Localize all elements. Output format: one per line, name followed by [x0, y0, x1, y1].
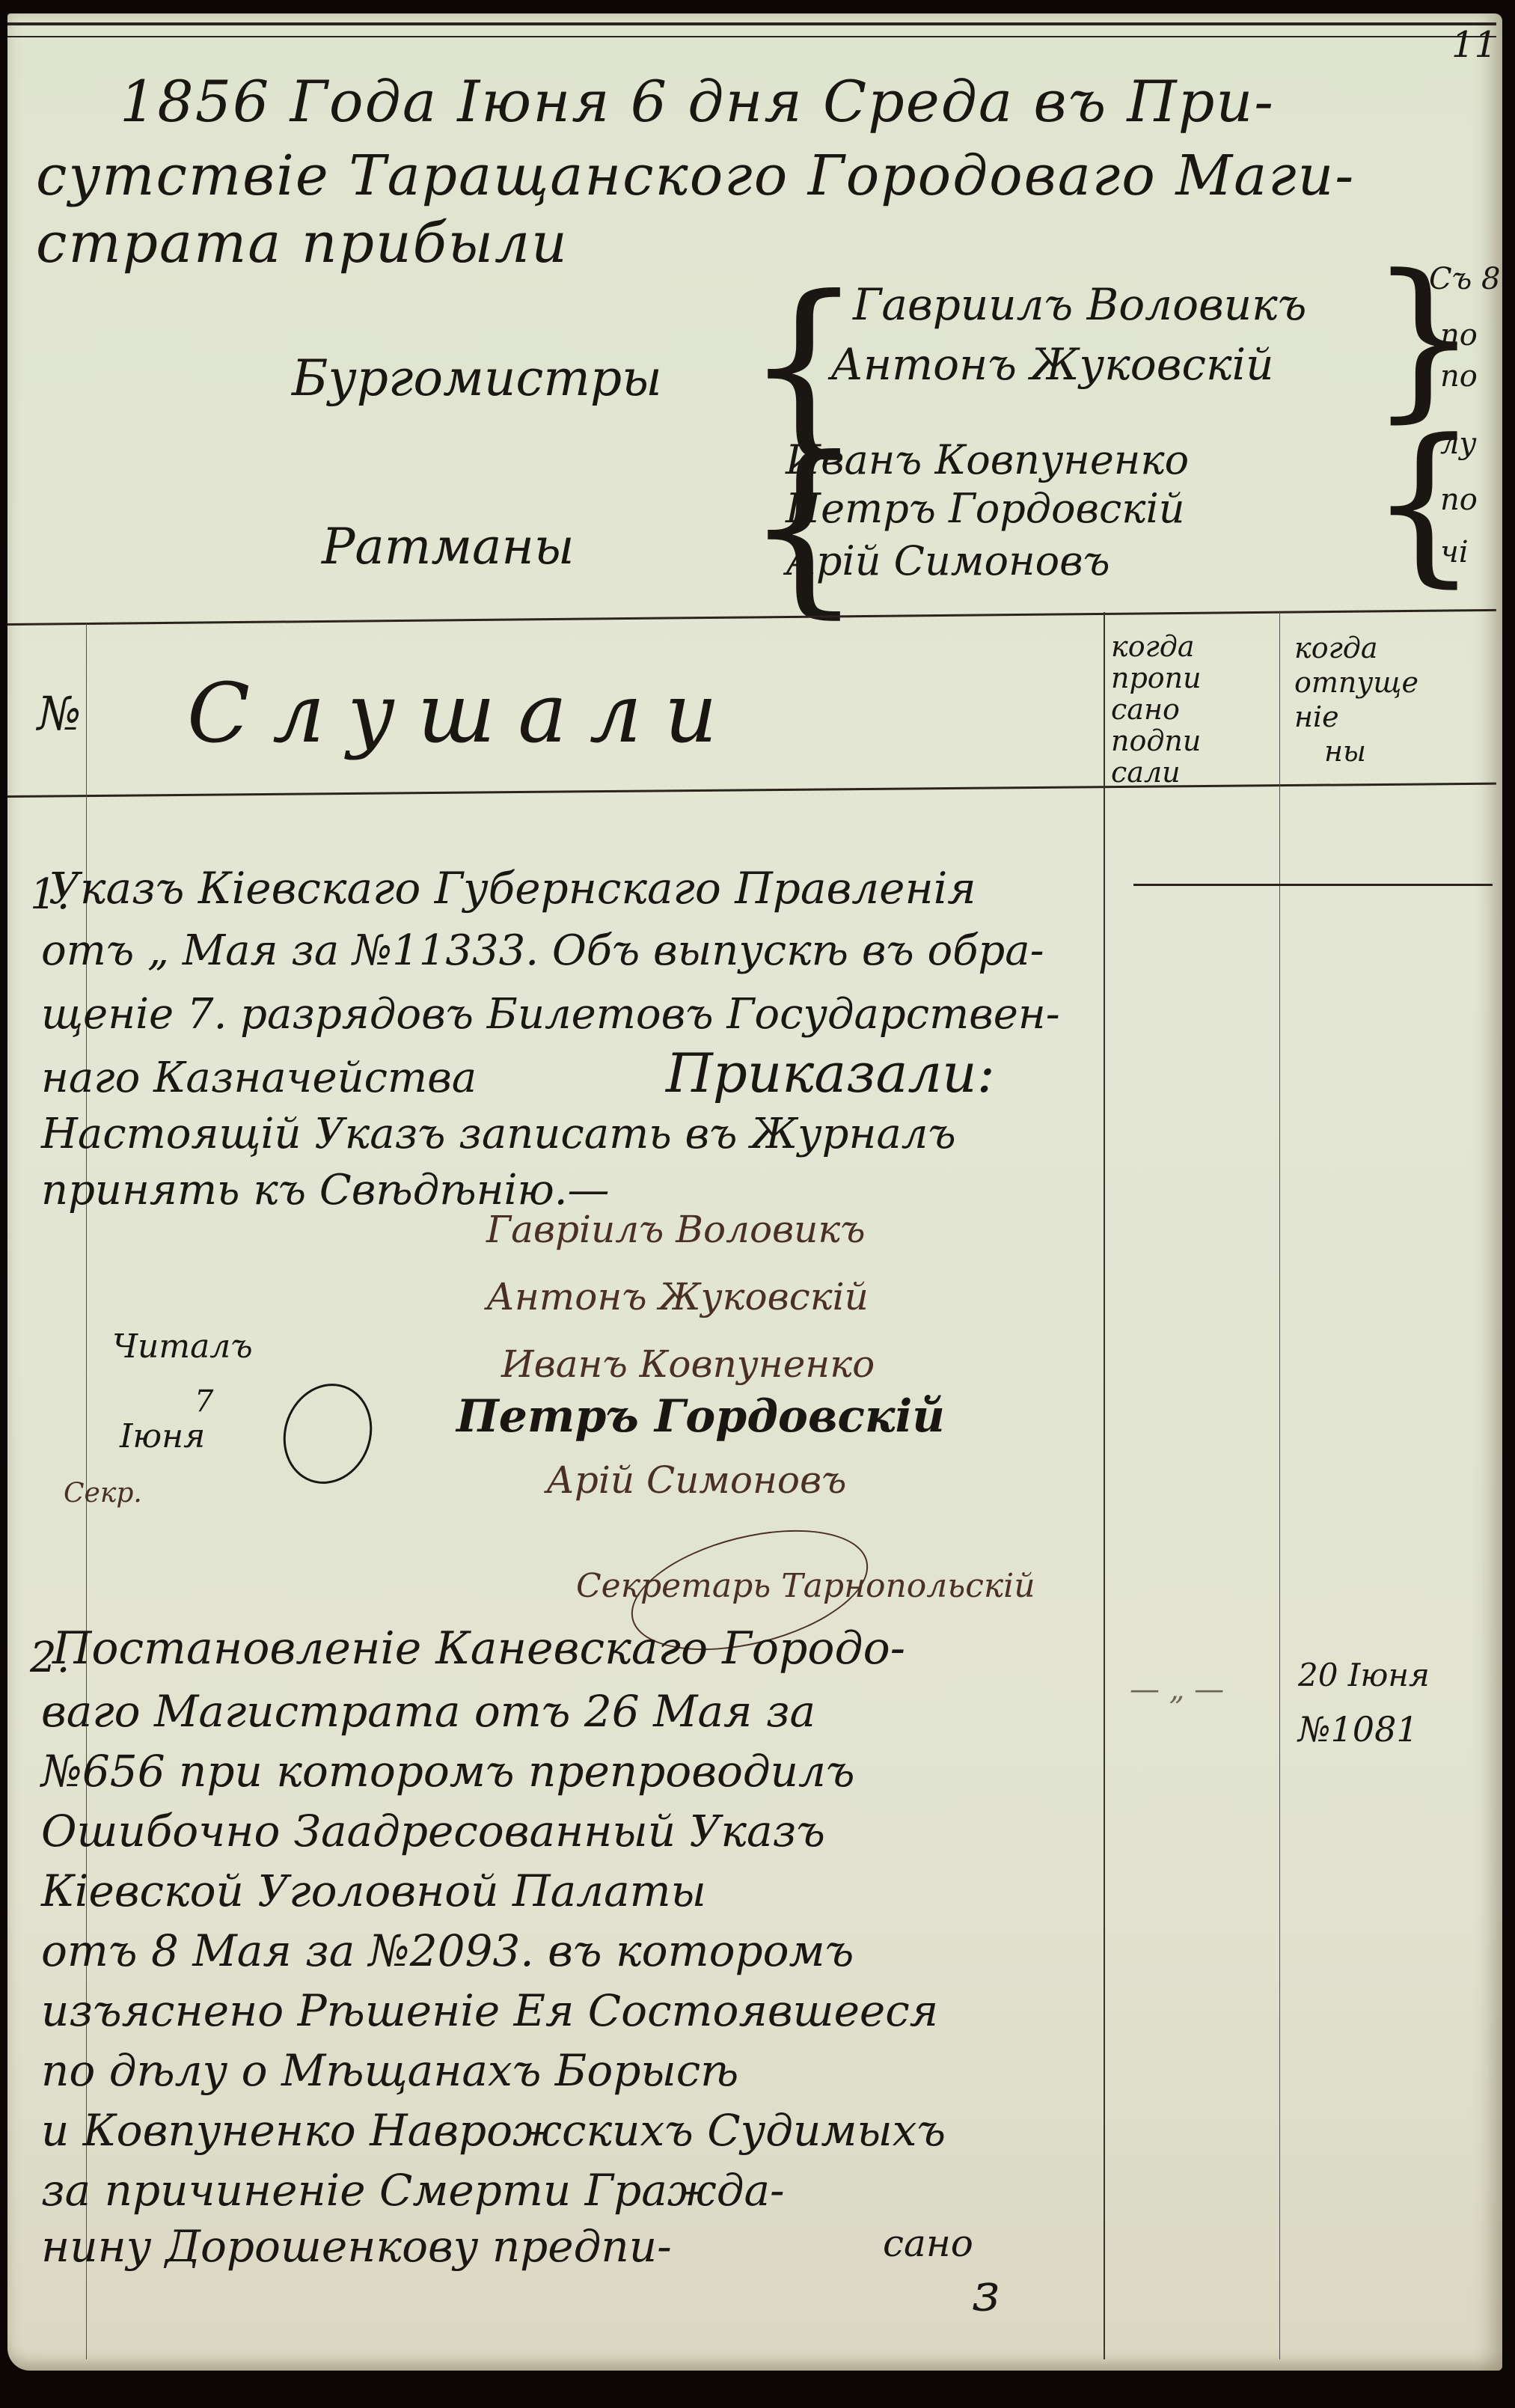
row-1-signature-5: Арій Симоновъ	[546, 1461, 846, 1499]
row-2-text-7: изъяснено Рѣшеніе Ея Состоявшееся	[41, 1989, 938, 2032]
ratman-1: Иванъ Ковпуненко	[786, 440, 1189, 480]
heading-line-1: 1856 Года Іюня 6 дня Среда въ При-	[120, 73, 1275, 130]
row-1-signature-4: Петръ Гордовскій	[456, 1394, 945, 1439]
right-note-4: лу	[1440, 429, 1477, 459]
row-2-flourish-mark: ɜ	[973, 2266, 1000, 2318]
right-note-3: по	[1440, 361, 1478, 391]
right-note-5: по	[1440, 485, 1478, 515]
ratmen-label: Ратманы	[322, 522, 575, 572]
column-divider-text	[1104, 612, 1105, 2359]
row-1-resolution-label: Приказали:	[666, 1046, 995, 1100]
row-1-text-4: наго Казначейства	[41, 1057, 477, 1099]
top-edge-line	[7, 22, 1496, 25]
row-1-dash	[1133, 884, 1493, 886]
row-2-text-1: Постановленіе Каневскаго Городо-	[52, 1626, 905, 1671]
right-note-2: по	[1440, 320, 1478, 350]
row-1-resolution-2: принять къ Свѣдѣнію.—	[41, 1170, 610, 1211]
row-2-when-sent-number: №1081	[1298, 1712, 1418, 1747]
row-1-signature-2: Антонъ Жуковскій	[486, 1278, 869, 1315]
row-1-signature-3: Иванъ Ковпуненко	[501, 1345, 875, 1383]
header-when-written-5: сали	[1111, 757, 1276, 788]
header-when-sent-3: ніе	[1294, 700, 1489, 734]
row-2-text-4: Ошибочно Заадресованный Указъ	[41, 1809, 825, 1853]
right-note-6: чі	[1440, 537, 1469, 567]
column-header-when-sent: когда отпуще ніе ны	[1294, 631, 1489, 768]
journal-page: 11 1856 Года Іюня 6 дня Среда въ При- су…	[7, 13, 1502, 2371]
burgomaster-1: Гавриилъ Воловикъ	[853, 283, 1306, 326]
margin-flourish	[269, 1371, 386, 1496]
row-2-when-written: — „ —	[1130, 1675, 1224, 1705]
burgomasters-label: Бургомистры	[292, 354, 662, 403]
row-2-text-12: сано	[883, 2225, 973, 2262]
column-divider-dates	[1279, 612, 1280, 2359]
row-2-text-11: нину Дорошенкову предпи-	[41, 2225, 672, 2268]
header-when-written-4: подпи	[1111, 725, 1276, 757]
top-edge-line-2	[7, 36, 1496, 37]
row-1-margin-note-3: Іюня	[120, 1420, 205, 1453]
row-2-text-9: и Ковпуненко Наврожскихъ Судимыхъ	[41, 2109, 946, 2152]
column-header-when-written: когда пропи сано подпи сали	[1111, 631, 1276, 788]
ratman-2: Петръ Гордовскій	[786, 489, 1185, 529]
column-header-number: №	[37, 691, 82, 737]
row-2-text-5: Кіевской Уголовной Палаты	[41, 1869, 706, 1913]
header-when-sent-4: ны	[1294, 734, 1489, 768]
page-number: 11	[1451, 27, 1497, 63]
row-1-text-1: Указъ Кіевскаго Губернскаго Правленія	[49, 867, 976, 910]
heading-line-3: страта прибыли	[36, 216, 569, 271]
header-when-sent-1: когда	[1294, 631, 1489, 665]
row-1-text-2: отъ „ Мая за №11333. Объ выпускѣ въ обра…	[41, 930, 1044, 972]
row-1-margin-note-2: 7	[195, 1387, 213, 1417]
heading-line-2: сутствіе Таращанского Городоваго Маги-	[36, 148, 1355, 204]
row-1-margin-note-1: Читалъ	[112, 1330, 253, 1363]
row-2-text-8: по дѣлу о Мѣщанахъ Борысѣ	[41, 2049, 738, 2092]
row-2-text-3: №656 при которомъ препроводилъ	[41, 1750, 855, 1793]
row-1-text-3: щеніе 7. разрядовъ Билетовъ Государствен…	[41, 994, 1060, 1036]
row-2-text-2: ваго Магистрата отъ 26 Мая за	[41, 1690, 815, 1733]
header-when-written-3: сано	[1111, 694, 1276, 725]
row-1-signature-1: Гавріилъ Воловикъ	[486, 1211, 866, 1248]
column-header-heard: Слушали	[187, 672, 740, 754]
header-when-written-1: когда	[1111, 631, 1276, 662]
row-1-margin-signature: Секр.	[64, 1480, 142, 1507]
right-note-1: Съ 8	[1429, 264, 1500, 294]
row-2-when-sent-date: 20 Іюня	[1298, 1660, 1430, 1691]
row-2-text-10: за причиненіе Смерти Гражда-	[41, 2169, 785, 2212]
row-2-text-6: отъ 8 Мая за №2093. въ которомъ	[41, 1929, 854, 1972]
header-when-written-2: пропи	[1111, 662, 1276, 694]
burgomaster-2: Антонъ Жуковскій	[830, 343, 1274, 386]
header-when-sent-2: отпуще	[1294, 665, 1489, 700]
row-1-resolution-1: Настоящій Указъ записать въ Журналъ	[41, 1113, 956, 1155]
ratman-3: Арій Симоновъ	[786, 541, 1110, 581]
